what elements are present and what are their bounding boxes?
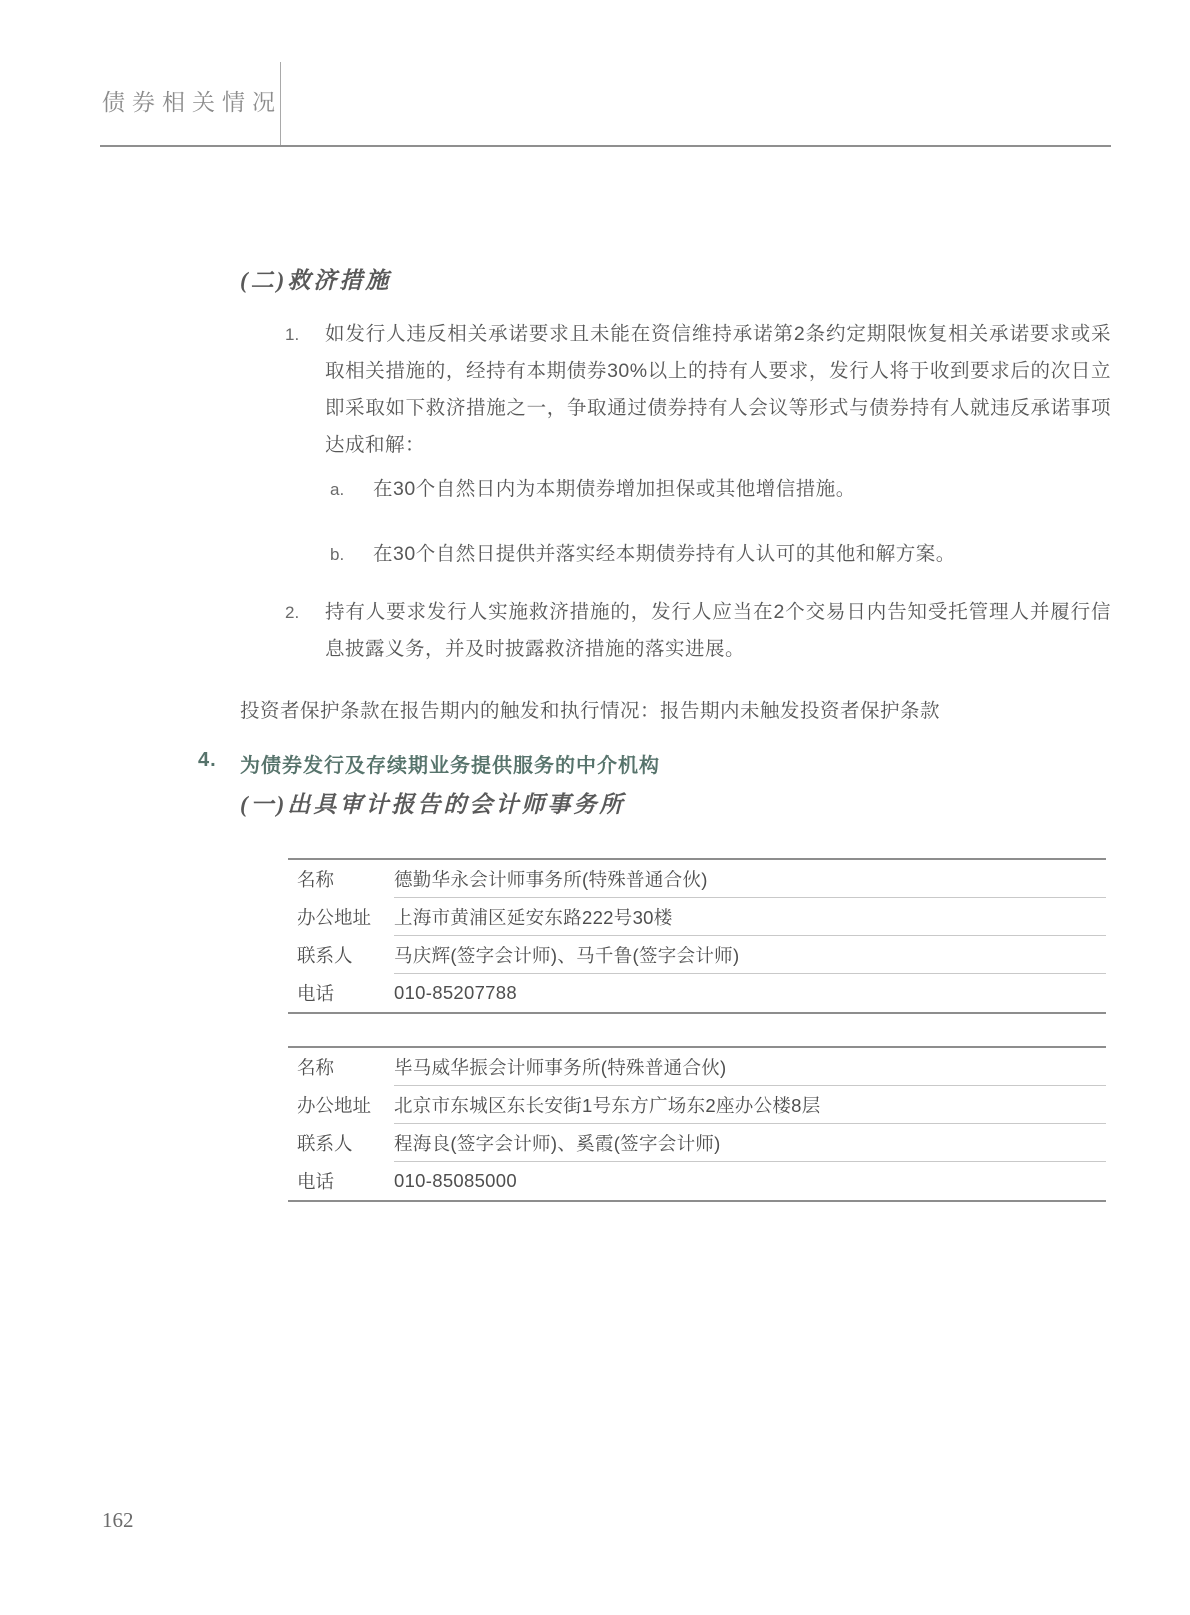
remedy-item-1-text: 如发行人违反相关承诺要求且未能在资信维持承诺第2条约定期限恢复相关承诺要求或采取…	[325, 316, 1111, 464]
auditor-subsection-heading: (一)出具审计报告的会计师事务所	[240, 786, 625, 819]
row-value: 北京市东城区东长安街1号东方广场东2座办公楼8层	[394, 1086, 1106, 1124]
table-row: 电话 010-85085000	[288, 1162, 1106, 1200]
remedy-item-2-text: 持有人要求发行人实施救济措施的，发行人应当在2个交易日内告知受托管理人并履行信息…	[325, 594, 1111, 668]
investor-protection-note: 投资者保护条款在报告期内的触发和执行情况：报告期内未触发投资者保护条款	[240, 695, 1120, 723]
table-row: 电话 010-85207788	[288, 974, 1106, 1012]
intermediary-section-heading: 4. 为债券发行及存续期业务提供服务的中介机构	[198, 749, 1098, 778]
remedy-item-1-number: 1.	[285, 316, 299, 353]
row-value: 010-85207788	[394, 974, 1106, 1012]
header-horizontal-rule	[100, 145, 1111, 147]
auditor-table-deloitte: 名称 德勤华永会计师事务所(特殊普通合伙) 办公地址 上海市黄浦区延安东路222…	[288, 858, 1106, 1014]
table-row: 办公地址 上海市黄浦区延安东路222号30楼	[288, 898, 1106, 936]
header-vertical-rule	[280, 62, 281, 146]
row-label: 电话	[288, 974, 394, 1012]
running-header-title: 债券相关情况	[102, 84, 282, 117]
remedy-item-2: 2. 持有人要求发行人实施救济措施的，发行人应当在2个交易日内告知受托管理人并履…	[285, 594, 1111, 668]
table-row: 联系人 程海良(签字会计师)、奚霞(签字会计师)	[288, 1124, 1106, 1162]
remedy-subitem-b: b. 在30个自然日提供并落实经本期债券持有人认可的其他和解方案。	[330, 536, 1112, 573]
row-label: 名称	[288, 860, 394, 898]
remedy-subitem-a: a. 在30个自然日内为本期债券增加担保或其他增信措施。	[330, 471, 1112, 508]
table-row: 名称 毕马威华振会计师事务所(特殊普通合伙)	[288, 1048, 1106, 1086]
page-number: 162	[102, 1508, 134, 1533]
remedy-section-heading: (二)救济措施	[240, 262, 391, 295]
row-value: 程海良(签字会计师)、奚霞(签字会计师)	[394, 1124, 1106, 1162]
remedy-subitem-b-number: b.	[330, 536, 344, 573]
table-row: 办公地址 北京市东城区东长安街1号东方广场东2座办公楼8层	[288, 1086, 1106, 1124]
row-value: 上海市黄浦区延安东路222号30楼	[394, 898, 1106, 936]
table-row: 名称 德勤华永会计师事务所(特殊普通合伙)	[288, 860, 1106, 898]
row-value: 010-85085000	[394, 1162, 1106, 1200]
remedy-subitem-a-number: a.	[330, 471, 344, 508]
row-label: 电话	[288, 1162, 394, 1200]
row-value: 马庆辉(签字会计师)、马千鲁(签字会计师)	[394, 936, 1106, 974]
row-label: 联系人	[288, 936, 394, 974]
remedy-item-1: 1. 如发行人违反相关承诺要求且未能在资信维持承诺第2条约定期限恢复相关承诺要求…	[285, 316, 1111, 464]
remedy-subitem-b-text: 在30个自然日提供并落实经本期债券持有人认可的其他和解方案。	[373, 536, 1112, 573]
row-label: 联系人	[288, 1124, 394, 1162]
row-label: 办公地址	[288, 1086, 394, 1124]
row-label: 办公地址	[288, 898, 394, 936]
intermediary-section-number: 4.	[198, 749, 217, 772]
auditor-table-kpmg: 名称 毕马威华振会计师事务所(特殊普通合伙) 办公地址 北京市东城区东长安街1号…	[288, 1046, 1106, 1202]
table-row: 联系人 马庆辉(签字会计师)、马千鲁(签字会计师)	[288, 936, 1106, 974]
remedy-item-2-number: 2.	[285, 594, 299, 631]
report-page: 债券相关情况 (二)救济措施 1. 如发行人违反相关承诺要求且未能在资信维持承诺…	[0, 0, 1190, 1615]
row-value: 德勤华永会计师事务所(特殊普通合伙)	[394, 860, 1106, 898]
row-value: 毕马威华振会计师事务所(特殊普通合伙)	[394, 1048, 1106, 1086]
remedy-subitem-a-text: 在30个自然日内为本期债券增加担保或其他增信措施。	[373, 471, 1112, 508]
intermediary-section-title: 为债券发行及存续期业务提供服务的中介机构	[240, 755, 660, 777]
row-label: 名称	[288, 1048, 394, 1086]
